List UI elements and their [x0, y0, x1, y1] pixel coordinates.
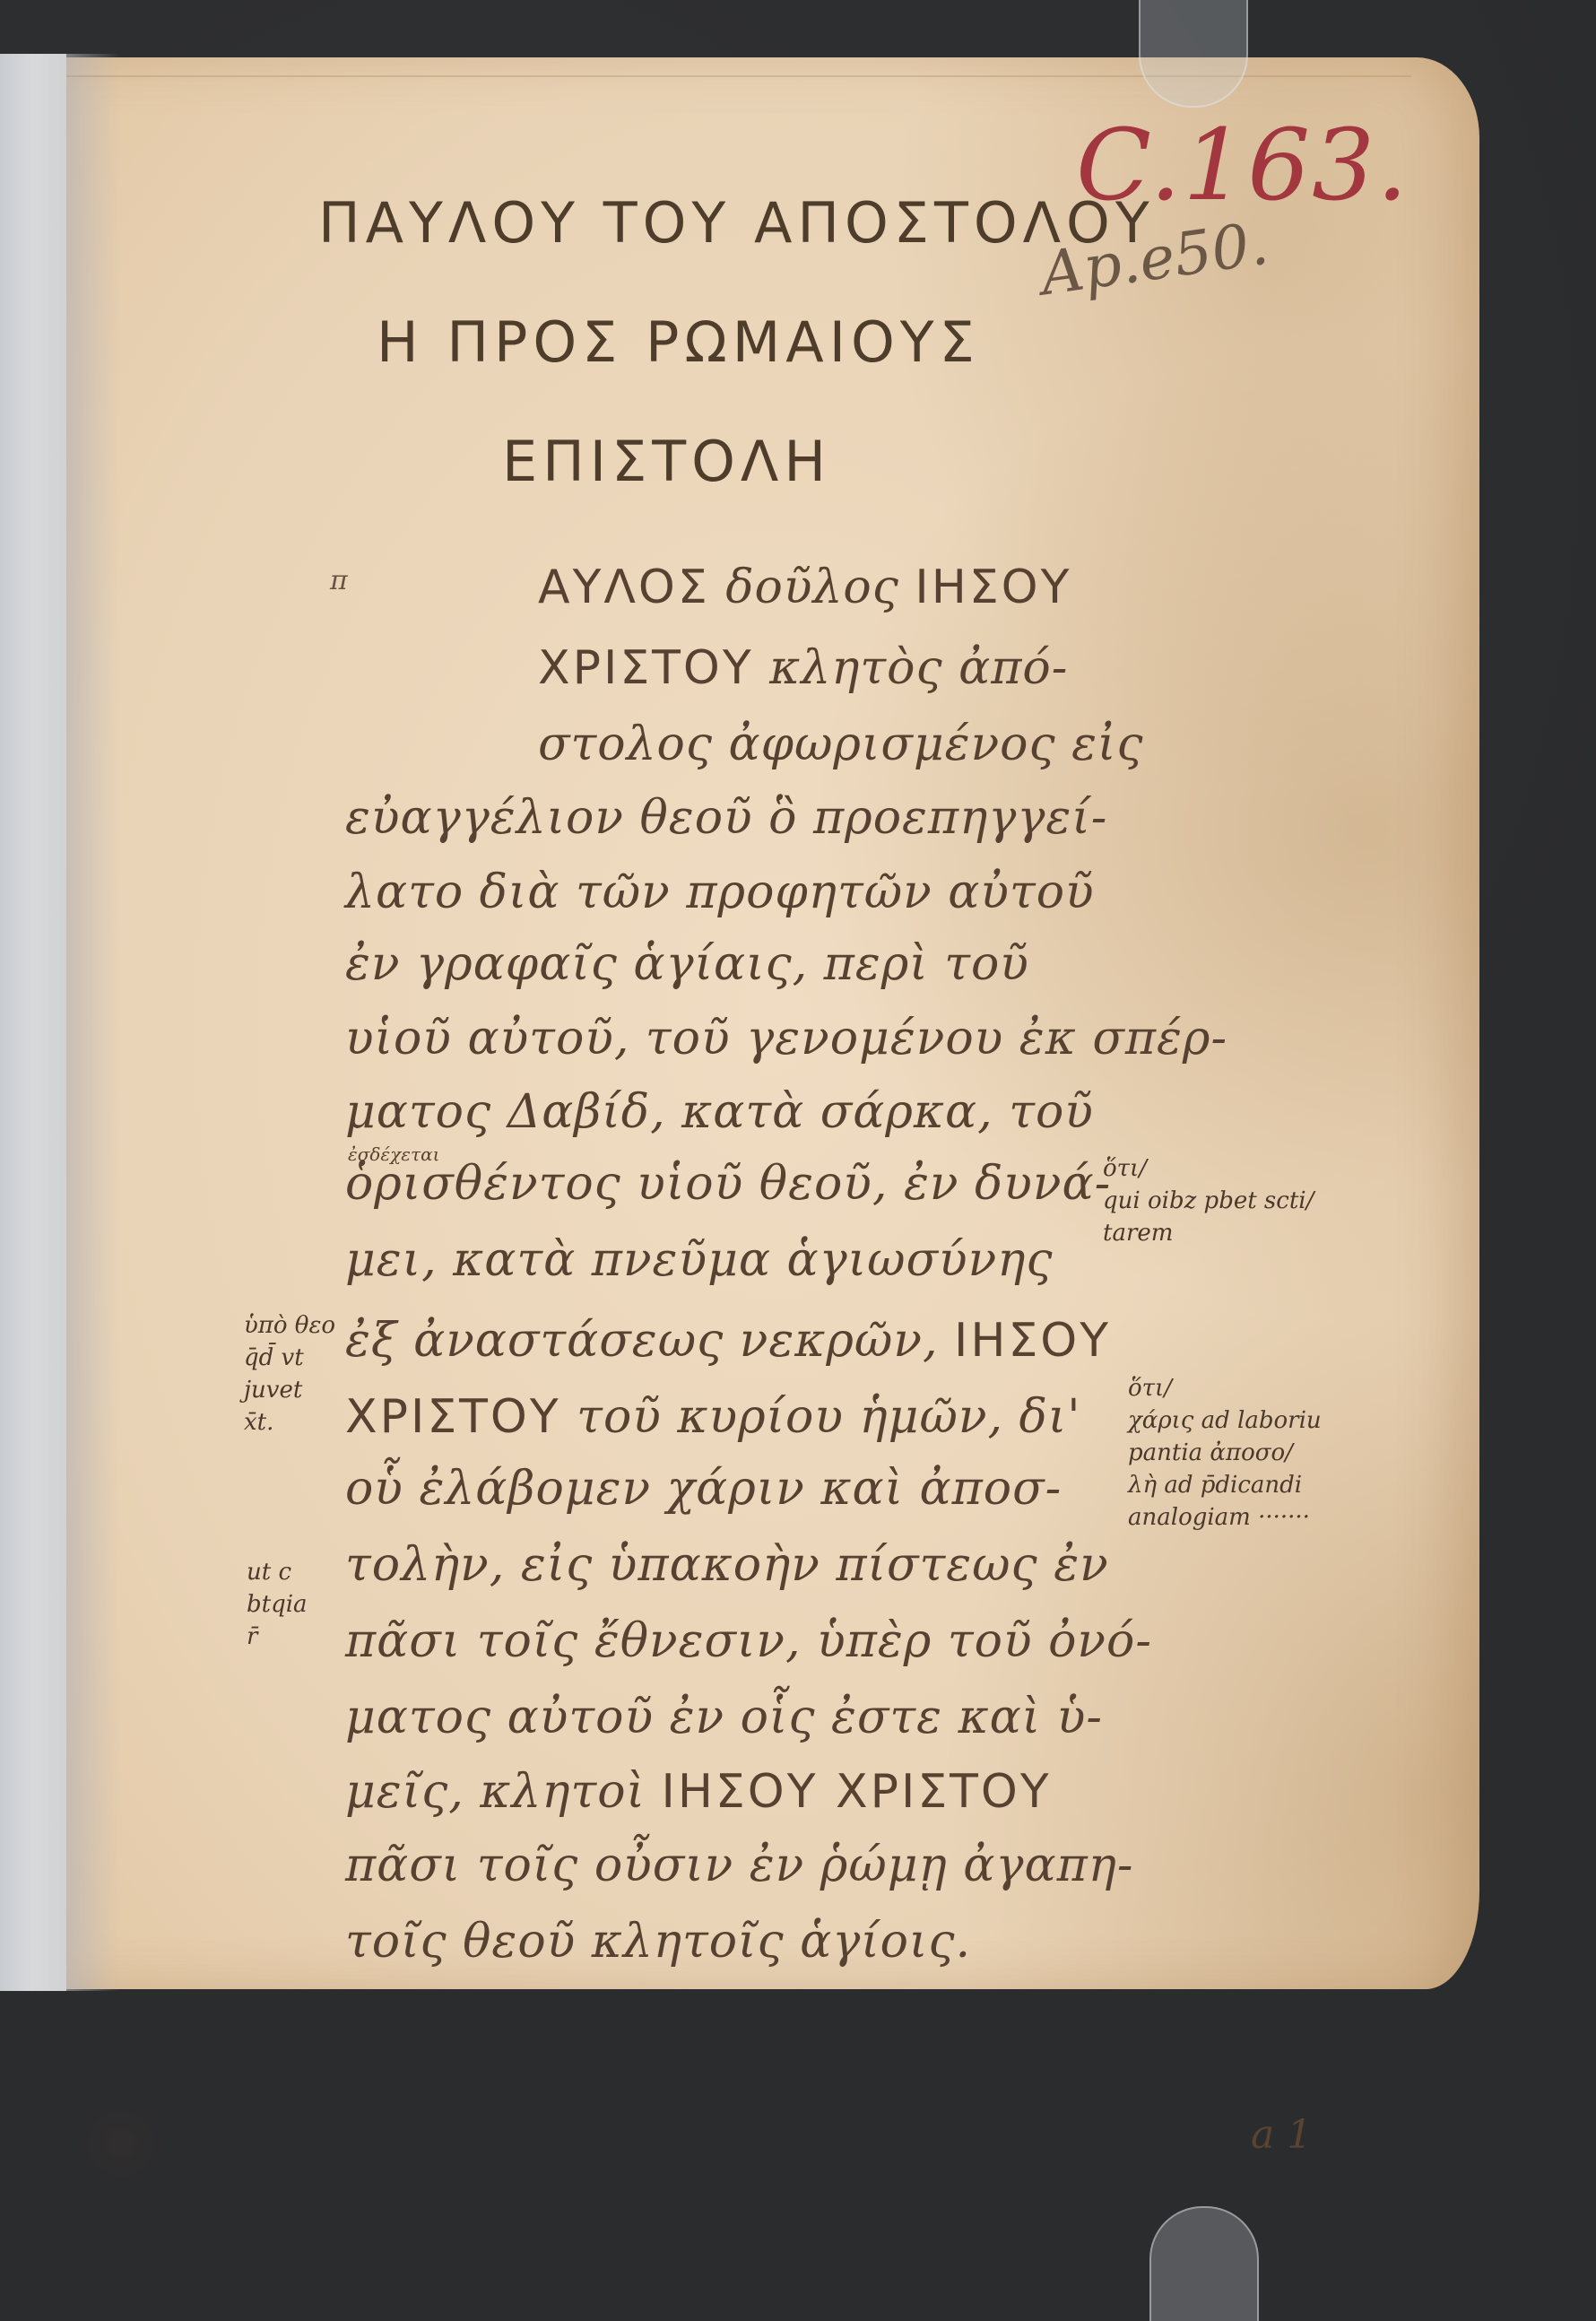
body-line: ΧΡΙΣΤΟΥ τοῦ κυρίου ἡμῶν, δι' [345, 1390, 1081, 1444]
body-line: πᾶσι τοῖς οὖσιν ἐν ῥώμῃ ἀγαπη- [345, 1839, 1133, 1892]
capital-text: ΙΗΣΟΥ [954, 1314, 1111, 1368]
minuscule-text: τοῖς θεοῦ κλητοῖς ἁγίοις. [345, 1915, 971, 1969]
mount-clip-top [1139, 0, 1248, 108]
body-line: πᾶσι τοῖς ἔθνεσιν, ὑπὲρ τοῦ ὀνό- [345, 1614, 1152, 1668]
capital-text: ΙΗΣΟΥ [915, 561, 1071, 614]
folio-number: a 1 [1251, 2112, 1312, 2158]
minuscule-text: στολος ἀφωρισμένος εἰς [538, 717, 1144, 771]
minuscule-text: λατο διὰ τῶν προφητῶν αὐτοῦ [345, 865, 1095, 919]
minuscule-text: υἱοῦ αὐτοῦ, τοῦ γενομένου ἐκ σπέρ- [345, 1012, 1227, 1065]
body-line: μεῖς, κλητοὶ ΙΗΣΟΥ ΧΡΙΣΤΟΥ [345, 1765, 1052, 1819]
body-line: οὗ ἐλάβομεν χάριν καὶ ἀποσ- [345, 1462, 1062, 1516]
body-line: μει, κατὰ πνεῦμα ἁγιωσύνης [345, 1233, 1054, 1287]
minuscule-text: οὗ ἐλάβομεν χάριν καὶ ἀποσ- [345, 1462, 1062, 1516]
minuscule-text: ἐν γραφαῖς ἁγίαις, περὶ τοῦ [345, 937, 1029, 991]
body-line: ματος αὐτοῦ ἐν οἷς ἐστε καὶ ὑ- [345, 1691, 1103, 1744]
mount-clip-bottom [1149, 2206, 1259, 2321]
minuscule-text: τολὴν, εἰς ὑπακοὴν πίστεως ἐν [345, 1538, 1109, 1592]
title-line-1: ΠΑΥΛΟΥ ΤΟΥ ΑΠΟΣΤΟΛΟΥ [318, 190, 1155, 256]
capital-text: ΑΥΛΟΣ [538, 561, 710, 614]
minuscule-text: μεῖς, κλητοὶ [345, 1765, 661, 1819]
capital-text: ΙΗΣΟΥ ΧΡΙΣΤΟΥ [661, 1765, 1051, 1819]
minuscule-text: κλητὸς ἀπό- [754, 641, 1069, 695]
minuscule-text: τοῦ κυρίου ἡμῶν, δι' [561, 1390, 1081, 1444]
body-line: ματος Δαβίδ, κατὰ σάρκα, τοῦ [345, 1085, 1094, 1139]
ink-smudge [72, 2103, 170, 2184]
body-line: υἱοῦ αὐτοῦ, τοῦ γενομένου ἐκ σπέρ- [345, 1012, 1227, 1065]
gutter-shadow [66, 54, 120, 1991]
capital-text: ΧΡΙΣΤΟΥ [345, 1390, 561, 1444]
body-line: ὁρισθέντος υἱοῦ θεοῦ, ἐν δυνά- [345, 1157, 1111, 1211]
title-line-2: Η ΠΡΟΣ ΡΩΜΑΙΟΥΣ [377, 309, 980, 375]
minuscule-text: μει, κατὰ πνεῦμα ἁγιωσύνης [345, 1233, 1054, 1287]
body-line: εὐαγγέλιον θεοῦ ὃ προεπηγγεί- [345, 791, 1107, 845]
right-margin-note-2: ὅτι/ χάρις ad laboriu pantia ἀποσο/ λὴ a… [1128, 1372, 1322, 1534]
body-line: τολὴν, εἰς ὑπακοὴν πίστεως ἐν [345, 1538, 1109, 1592]
capital-text: ΧΡΙΣΤΟΥ [538, 641, 754, 695]
minuscule-text: ἐξ ἀναστάσεως νεκρῶν, [345, 1314, 954, 1368]
left-margin-note-1: ὑπὸ θεο q̄d̄ vt juvet x̄t. [244, 1309, 335, 1439]
title-line-3: ΕΠΙΣΤΟΛΗ [502, 429, 831, 494]
body-line: ἐξ ἀναστάσεως νεκρῶν, ΙΗΣΟΥ [345, 1314, 1111, 1368]
minuscule-text: εὐαγγέλιον θεοῦ ὃ προεπηγγεί- [345, 791, 1107, 845]
initial-guide-letter: π [330, 565, 348, 596]
body-line: ΧΡΙΣΤΟΥ κλητὸς ἀπό- [538, 641, 1068, 695]
left-margin-note-2: ut c btqia r̄ [247, 1556, 308, 1653]
body-line: λατο διὰ τῶν προφητῶν αὐτοῦ [345, 865, 1095, 919]
minuscule-text: ματος Δαβίδ, κατὰ σάρκα, τοῦ [345, 1085, 1094, 1139]
body-line: ἐν γραφαῖς ἁγίαις, περὶ τοῦ [345, 937, 1029, 991]
body-line: ΑΥΛΟΣ δοῦλος ΙΗΣΟΥ [538, 561, 1071, 614]
right-margin-note-1: ὅτι/ qui oibz pbet scti/ tarem [1103, 1152, 1314, 1249]
minuscule-text: πᾶσι τοῖς οὖσιν ἐν ῥώμῃ ἀγαπη- [345, 1839, 1133, 1892]
guard-paper-strip [0, 54, 66, 1991]
body-line: τοῖς θεοῦ κλητοῖς ἁγίοις. [345, 1915, 971, 1969]
minuscule-text: ματος αὐτοῦ ἐν οἷς ἐστε καὶ ὑ- [345, 1691, 1103, 1744]
minuscule-text: πᾶσι τοῖς ἔθνεσιν, ὑπὲρ τοῦ ὀνό- [345, 1614, 1152, 1668]
minuscule-text: ὁρισθέντος υἱοῦ θεοῦ, ἐν δυνά- [345, 1157, 1111, 1211]
body-line: στολος ἀφωρισμένος εἰς [538, 717, 1144, 771]
minuscule-text: δοῦλος [710, 561, 915, 614]
